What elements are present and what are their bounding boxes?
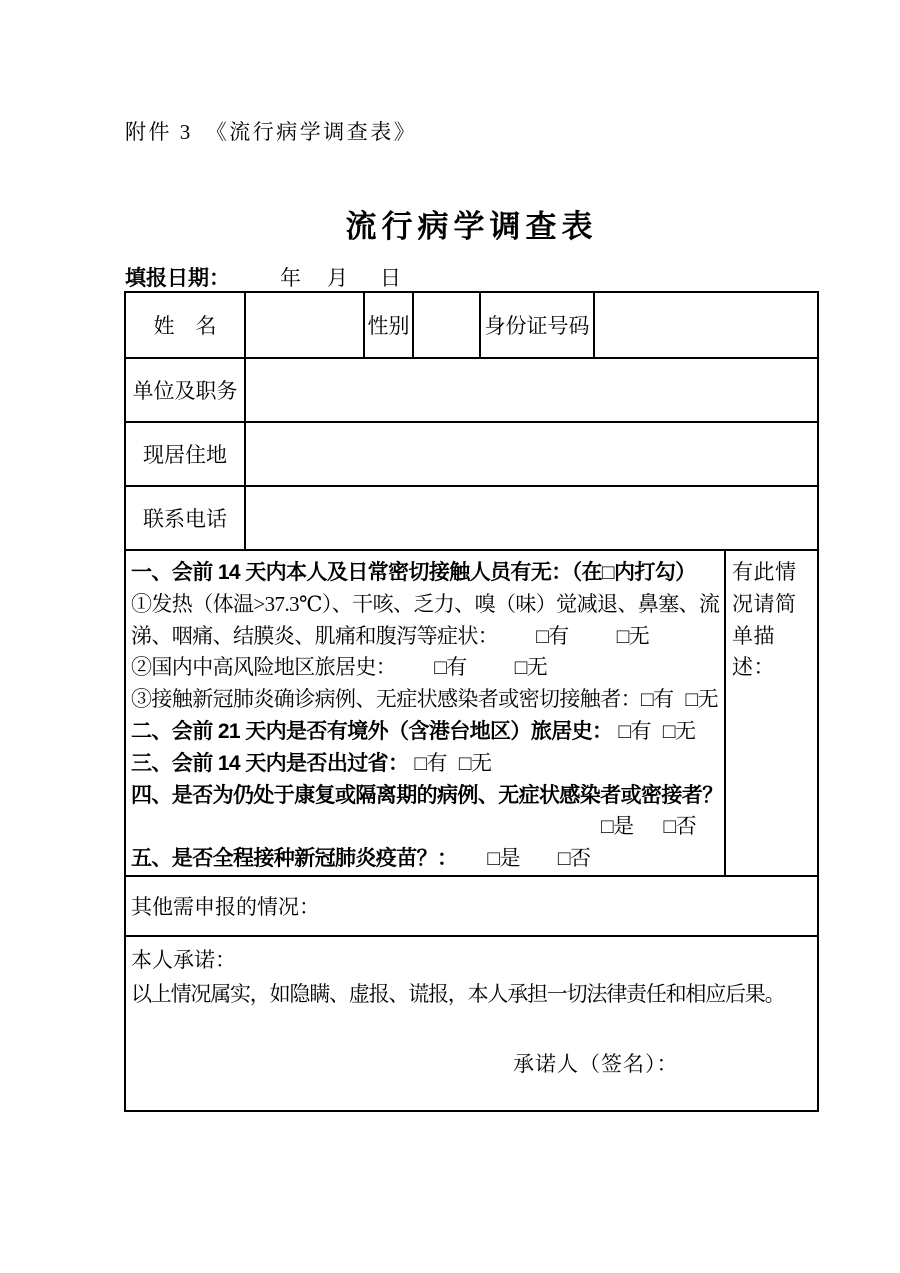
- gender-label-cell: 性别: [363, 293, 412, 357]
- q1-item3-option-yes[interactable]: □有: [641, 684, 673, 716]
- phone-label-cell: 联系电话: [126, 487, 244, 549]
- name-label-cell: 姓 名: [126, 293, 244, 357]
- survey-form-page: 附件 3 《流行病学调查表》 流行病学调查表 填报日期：年月日 姓 名 性别 身…: [0, 0, 900, 1273]
- question-2-line: 二、会前 21 天内是否有境外（含港台地区）旅居史：□有□无: [131, 716, 720, 748]
- q1-item2-text: ②国内中高风险地区旅居史：: [131, 655, 396, 679]
- address-value-cell[interactable]: [244, 423, 817, 485]
- question-1-title: 一、会前 14 天内本人及日常密切接触人员有无：（在□内打勾）: [131, 557, 720, 589]
- q3-option-no[interactable]: □无: [459, 748, 491, 780]
- questions-cell: 一、会前 14 天内本人及日常密切接触人员有无：（在□内打勾） ①发热（体温>3…: [126, 551, 724, 875]
- date-year-label: 年: [280, 266, 301, 290]
- q5-option-no[interactable]: □否: [558, 843, 590, 875]
- row-name-gender-id: 姓 名 性别 身份证号码: [126, 293, 817, 357]
- q2-option-yes[interactable]: □有: [618, 716, 650, 748]
- question-1-item-1: ①发热（体温>37.3℃）、干咳、乏力、嗅（味）觉减退、鼻塞、流涕、咽痛、结膜炎…: [131, 589, 720, 653]
- q1-item3-text: ③接触新冠肺炎确诊病例、无症状感染者或密切接触者：: [131, 687, 641, 711]
- other-declarations-cell[interactable]: 其他需申报的情况：: [126, 877, 817, 935]
- question-1-item-3: ③接触新冠肺炎确诊病例、无症状感染者或密切接触者：□有□无: [131, 684, 720, 716]
- q1-item1-option-no[interactable]: □无: [617, 621, 649, 653]
- fill-date-line: 填报日期：年月日: [125, 262, 401, 292]
- q1-item2-option-no[interactable]: □无: [515, 652, 547, 684]
- gender-value-cell[interactable]: [412, 293, 479, 357]
- commitment-body: 以上情况属实，如隐瞒、虚报、谎报，本人承担一切法律责任和相应后果。: [131, 977, 811, 1011]
- row-organization: 单位及职务: [126, 357, 817, 421]
- question-2-title: 二、会前 21 天内是否有境外（含港台地区）旅居史：: [131, 720, 612, 743]
- fill-date-label: 填报日期：: [125, 266, 230, 290]
- phone-value-cell[interactable]: [244, 487, 817, 549]
- id-label-cell: 身份证号码: [479, 293, 593, 357]
- q1-item3-option-no[interactable]: □无: [685, 684, 717, 716]
- q5-option-yes[interactable]: □是: [487, 843, 519, 875]
- org-label-cell: 单位及职务: [126, 359, 244, 421]
- question-5-line: 五、是否全程接种新冠肺炎疫苗？：□是□否: [131, 843, 720, 875]
- row-phone: 联系电话: [126, 485, 817, 549]
- q1-item1-text-line2: 涕、咽痛、结膜炎、肌痛和腹泻等症状：: [131, 624, 498, 648]
- row-questions: 一、会前 14 天内本人及日常密切接触人员有无：（在□内打勾） ①发热（体温>3…: [126, 549, 817, 875]
- survey-table: 姓 名 性别 身份证号码 单位及职务 现居住地 联系电话 一、会前 14 天内本…: [124, 291, 819, 1112]
- q1-item2-option-yes[interactable]: □有: [434, 652, 466, 684]
- row-other-declarations: 其他需申报的情况：: [126, 875, 817, 935]
- row-residence: 现居住地: [126, 421, 817, 485]
- other-declarations-label: 其他需申报的情况：: [131, 891, 320, 921]
- q1-item1-option-yes[interactable]: □有: [536, 621, 568, 653]
- side-note-cell[interactable]: 有此情况请简单描述：: [724, 551, 817, 875]
- question-4-title: 四、是否为仍处于康复或隔离期的病例、无症状感染者或密接者？: [131, 780, 720, 812]
- commitment-cell: 本人承诺： 以上情况属实，如隐瞒、虚报、谎报，本人承担一切法律责任和相应后果。 …: [126, 937, 817, 1110]
- q1-item1-text-line1: ①发热（体温>37.3℃）、干咳、乏力、嗅（味）觉减退、鼻塞、流: [131, 592, 719, 616]
- signature-line[interactable]: 承诺人（签名）：: [131, 1047, 811, 1081]
- address-label-cell: 现居住地: [126, 423, 244, 485]
- q3-option-yes[interactable]: □有: [414, 748, 446, 780]
- q2-option-no[interactable]: □无: [663, 716, 695, 748]
- question-3-line: 三、会前 14 天内是否出过省：□有□无: [131, 748, 720, 780]
- question-5-title: 五、是否全程接种新冠肺炎疫苗？：: [131, 847, 457, 870]
- commitment-title: 本人承诺：: [131, 943, 811, 977]
- date-day-label: 日: [380, 266, 401, 290]
- question-3-title: 三、会前 14 天内是否出过省：: [131, 752, 408, 775]
- id-value-cell[interactable]: [593, 293, 817, 357]
- q4-option-yes[interactable]: □是: [601, 811, 633, 843]
- date-month-label: 月: [327, 266, 348, 290]
- q4-option-no[interactable]: □否: [664, 811, 696, 843]
- signature-label: 承诺人（签名）：: [513, 1052, 679, 1076]
- question-1-item-2: ②国内中高风险地区旅居史：□有□无: [131, 652, 720, 684]
- attachment-note: 附件 3 《流行病学调查表》: [125, 116, 417, 146]
- org-value-cell[interactable]: [244, 359, 817, 421]
- page-title: 流行病学调查表: [124, 201, 819, 246]
- question-4-options: □是□否: [131, 811, 720, 843]
- name-value-cell[interactable]: [244, 293, 363, 357]
- row-commitment: 本人承诺： 以上情况属实，如隐瞒、虚报、谎报，本人承担一切法律责任和相应后果。 …: [126, 935, 817, 1110]
